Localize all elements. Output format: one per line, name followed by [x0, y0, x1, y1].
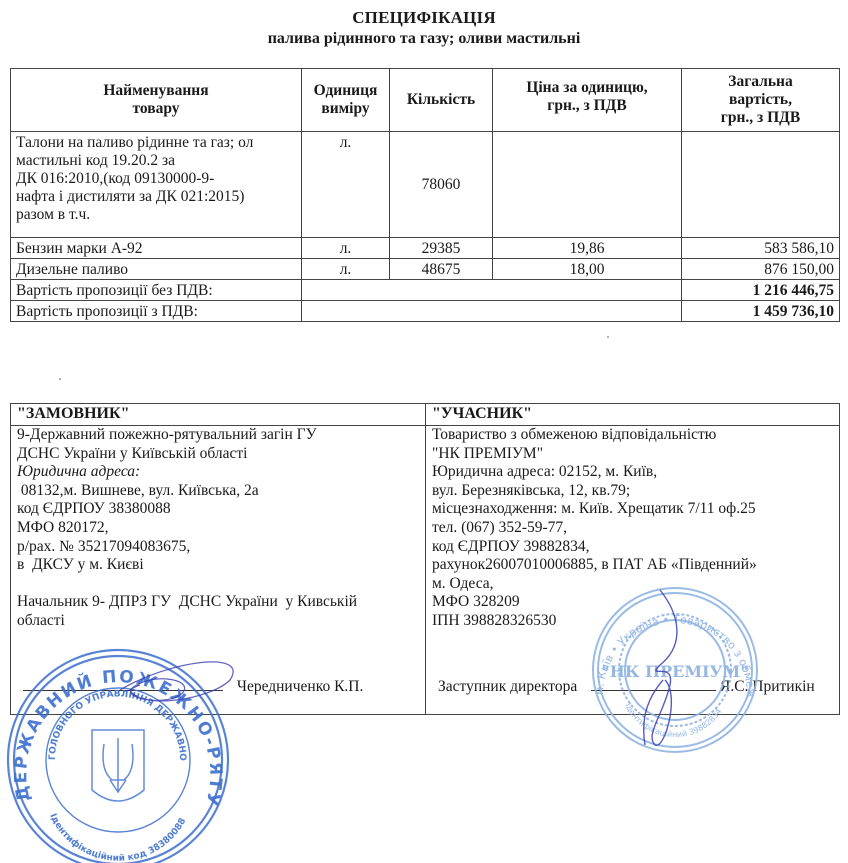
participant-signature-line: [591, 676, 716, 691]
item-quantity: 29385: [390, 238, 493, 259]
table-header-row: Найменування товару Одиниця виміру Кільк…: [11, 69, 840, 132]
total-row-with-vat: Вартість пропозиції з ПДВ: 1 459 736,10: [11, 301, 840, 322]
total-value: 1 459 736,10: [682, 301, 840, 322]
item-price: 18,00: [493, 259, 682, 280]
customer-signature-line: [23, 676, 223, 691]
main-description: Талони на паливо рідинне та газ; ол маст…: [11, 132, 302, 238]
main-price: [493, 132, 682, 238]
main-unit: л.: [302, 132, 390, 238]
total-spacer: [302, 301, 682, 322]
document-subtitle: палива рідинного та газу; оливи мастильн…: [0, 30, 848, 48]
header-unit: Одиниця виміру: [302, 69, 390, 132]
customer-position: Начальник 9- ДПРЗ ГУ ДСНС України у Кивс…: [17, 593, 419, 612]
item-total: 876 150,00: [682, 259, 840, 280]
main-quantity: 78060: [390, 132, 493, 238]
total-value: 1 216 446,75: [682, 280, 840, 301]
customer-signature-row: Чередниченко К.П.: [23, 676, 413, 697]
specification-table: Найменування товару Одиниця виміру Кільк…: [10, 68, 840, 322]
svg-text:Ідентифікаційний код 38380088: Ідентифікаційний код 38380088: [47, 812, 188, 863]
participant-header: "УЧАСНИК": [426, 404, 840, 426]
trident-emblem-icon: [92, 730, 144, 801]
item-unit: л.: [302, 238, 390, 259]
customer-header: "ЗАМОВНИК": [11, 404, 426, 426]
header-name: Найменування товару: [11, 69, 302, 132]
item-total: 583 586,10: [682, 238, 840, 259]
header-quantity: Кількість: [390, 69, 493, 132]
header-price: Ціна за одиницю, грн., з ПДВ: [493, 69, 682, 132]
table-row: Дизельне паливо л. 48675 18,00 876 150,0…: [11, 259, 840, 280]
total-label: Вартість пропозиції без ПДВ:: [11, 280, 302, 301]
participant-position: Заступник директора: [438, 678, 577, 695]
scan-speck: [59, 378, 61, 380]
participant-details: Товариство з обмеженою відповідальністю …: [426, 426, 840, 715]
total-spacer: [302, 280, 682, 301]
total-label: Вартість пропозиції з ПДВ:: [11, 301, 302, 322]
item-quantity: 48675: [390, 259, 493, 280]
scan-speck: [607, 336, 609, 338]
customer-details: 9-Державний пожежно-рятувальний загін ГУ…: [11, 426, 426, 715]
participant-signatory: Я.С. Притикін: [720, 678, 815, 695]
table-row: Бензин марки А-92 л. 29385 19,86 583 586…: [11, 238, 840, 259]
total-row-without-vat: Вартість пропозиції без ПДВ: 1 216 446,7…: [11, 280, 840, 301]
parties-header-row: "ЗАМОВНИК" "УЧАСНИК": [11, 404, 840, 426]
customer-address-label: Юридична адреса:: [17, 463, 419, 482]
item-name: Бензин марки А-92: [11, 238, 302, 259]
document-title: СПЕЦИФІКАЦІЯ: [0, 8, 848, 28]
parties-body-row: 9-Державний пожежно-рятувальний загін ГУ…: [11, 426, 840, 715]
item-price: 19,86: [493, 238, 682, 259]
table-row-main: Талони на паливо рідинне та газ; ол маст…: [11, 132, 840, 238]
item-name: Дизельне паливо: [11, 259, 302, 280]
customer-signatory: Чередниченко К.П.: [237, 678, 363, 695]
participant-signature-row: Заступник директора Я.С. Притикін: [438, 676, 827, 697]
main-total: [682, 132, 840, 238]
parties-table: "ЗАМОВНИК" "УЧАСНИК" 9-Державний пожежно…: [10, 403, 840, 715]
header-total: Загальна вартість, грн., з ПДВ: [682, 69, 840, 132]
item-unit: л.: [302, 259, 390, 280]
